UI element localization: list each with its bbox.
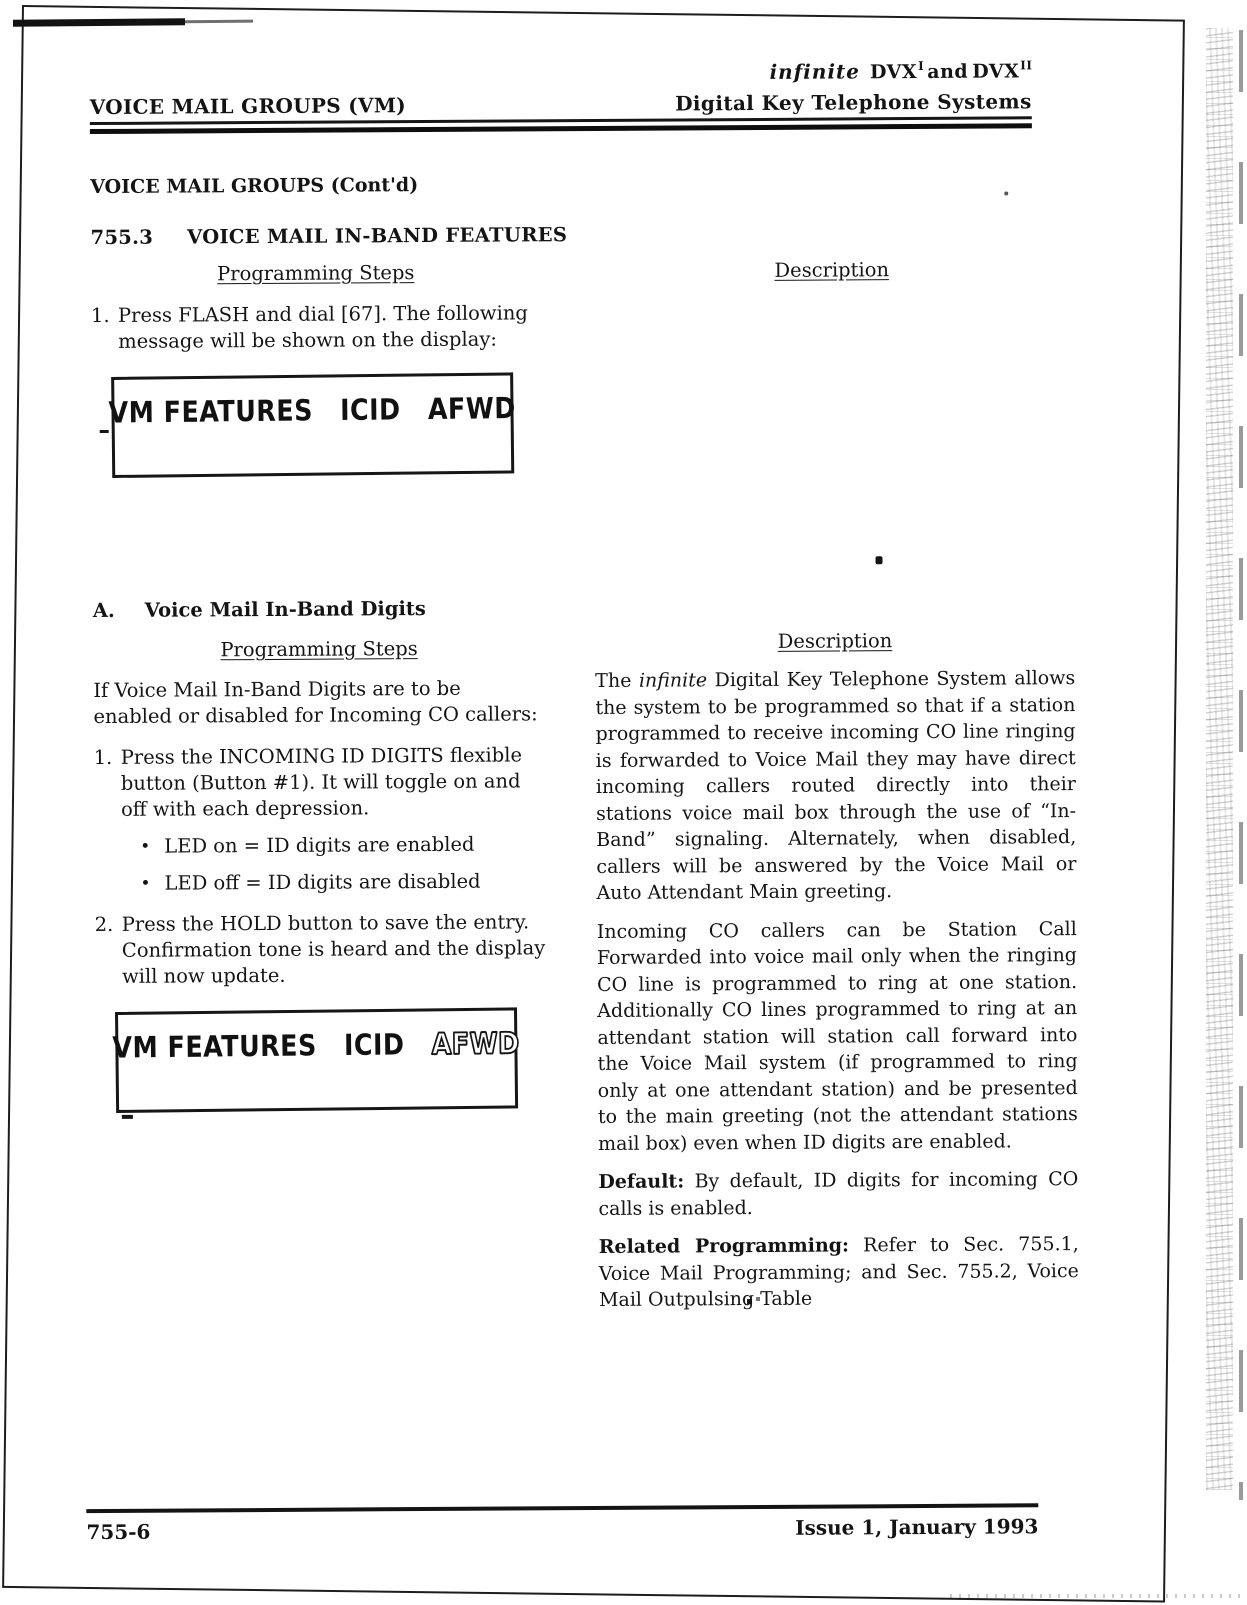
phone-display-box-1: VM FEATURES ICID AFWD: [111, 372, 514, 478]
page-footer: 755-6 Issue 1, January 1993: [86, 1503, 1038, 1544]
display-token-vm-features: VM FEATURES: [113, 1033, 318, 1063]
step-item: 1. Press the INCOMING ID DIGITS flexible…: [94, 742, 546, 823]
display-token-afwd-flashing: AFWD: [432, 1030, 520, 1059]
scan-speck-dot: [747, 1299, 752, 1304]
brand-name-inline: infinite: [639, 669, 707, 691]
section-title: VOICE MAIL IN-BAND FEATURES: [187, 223, 567, 248]
doc-section-title: VOICE MAIL GROUPS (VM): [90, 93, 406, 122]
bullet-text: LED off = ID digits are disabled: [164, 869, 480, 897]
brand-conjunction: and: [927, 61, 968, 83]
paragraph-text: Digital Key Telephone System allows the …: [595, 667, 1076, 904]
step-text: Press FLASH and dial [67]. The following…: [118, 300, 541, 355]
description-paragraph-2: Incoming CO callers can be Station Call …: [597, 916, 1078, 1157]
top-right-column: Description: [593, 256, 1071, 285]
related-programming-label: Related Programming:: [599, 1234, 849, 1258]
step-text: Press the INCOMING ID DIGITS flexible bu…: [121, 742, 546, 823]
step-text: Press the HOLD button to save the entry.…: [122, 909, 547, 990]
scan-speck-dot: [875, 556, 882, 564]
section-a-title: Voice Mail In-Band Digits: [145, 597, 426, 622]
step-item: 1. Press FLASH and dial [67]. The follow…: [91, 300, 541, 355]
model-1: DVX: [870, 61, 917, 83]
paragraph-text: The: [595, 670, 639, 692]
section-a-left-column: A.Voice Mail In-Band Digits Programming …: [93, 595, 548, 1112]
default-paragraph: Default: By default, ID digits for incom…: [598, 1166, 1078, 1222]
brand-block: infiniteDVXIandDVXII Digital Key Telepho…: [675, 58, 1032, 118]
section-number: 755.3: [90, 226, 153, 249]
section-a-heading: A.Voice Mail In-Band Digits: [93, 595, 545, 624]
display-token-icid: ICID: [340, 397, 401, 426]
product-line-title: Digital Key Telephone Systems: [675, 89, 1032, 115]
continued-heading: VOICE MAIL GROUPS (Cont'd): [90, 174, 418, 198]
display-token-vm-features: VM FEATURES: [109, 398, 314, 428]
page-content: VOICE MAIL GROUPS (VM) infiniteDVXIandDV…: [0, 0, 1247, 1605]
description-paragraph-1: The infinite Digital Key Telephone Syste…: [595, 665, 1076, 906]
model-1-sup: I: [918, 59, 924, 73]
footer-page-number: 755-6: [86, 1520, 150, 1544]
brand-name: infinite: [769, 59, 860, 84]
bullet-text: LED on = ID digits are enabled: [164, 832, 474, 860]
step-number: 1.: [94, 745, 121, 823]
model-2-sup: II: [1020, 58, 1032, 72]
bullet-item: • LED off = ID digits are disabled: [140, 868, 546, 896]
default-label: Default:: [598, 1170, 684, 1193]
brand-line: infiniteDVXIandDVXII: [675, 58, 1032, 84]
header-rule-thick: [90, 123, 1032, 134]
description-heading-a: Description: [595, 627, 1075, 656]
section-heading: 755.3VOICE MAIL IN-BAND FEATURES: [90, 223, 567, 249]
programming-steps-heading-a: Programming Steps: [93, 635, 545, 664]
step-number: 2.: [95, 912, 122, 990]
model-2: DVX: [972, 60, 1019, 82]
footer-issue-date: Issue 1, January 1993: [795, 1514, 1038, 1539]
scan-speck-dot: [1004, 191, 1008, 195]
page-header: VOICE MAIL GROUPS (VM) infiniteDVXIandDV…: [89, 58, 1031, 134]
bullet-marker: •: [140, 871, 164, 897]
phone-display-box-2: VM FEATURES ICID AFWD: [115, 1007, 518, 1113]
scan-speck-dash: [100, 430, 109, 433]
phone-display-text: VM FEATURES ICID AFWD: [113, 1030, 521, 1063]
related-programming-paragraph: Related Programming: Refer to Sec. 755.1…: [599, 1231, 1079, 1313]
step-number: 1.: [91, 303, 118, 355]
section-a-description-column: Description The infinite Digital Key Tel…: [595, 627, 1079, 1313]
footer-rule: [86, 1503, 1038, 1513]
display-token-afwd: AFWD: [428, 395, 516, 424]
bullet-item: • LED on = ID digits are enabled: [140, 831, 546, 859]
section-a-label: A.: [93, 599, 115, 622]
scan-speck-dash: [122, 1115, 133, 1119]
phone-display-text: VM FEATURES ICID AFWD: [109, 395, 517, 428]
step-item: 2. Press the HOLD button to save the ent…: [95, 909, 547, 990]
top-left-column: Programming Steps 1. Press FLASH and dia…: [91, 259, 542, 477]
section-a-intro: If Voice Mail In-Band Digits are to be e…: [93, 675, 545, 730]
bullet-marker: •: [140, 834, 164, 860]
scan-speck-dot: [756, 1297, 760, 1301]
programming-steps-heading: Programming Steps: [91, 259, 541, 288]
display-token-icid: ICID: [344, 1032, 405, 1061]
description-heading: Description: [593, 256, 1071, 285]
